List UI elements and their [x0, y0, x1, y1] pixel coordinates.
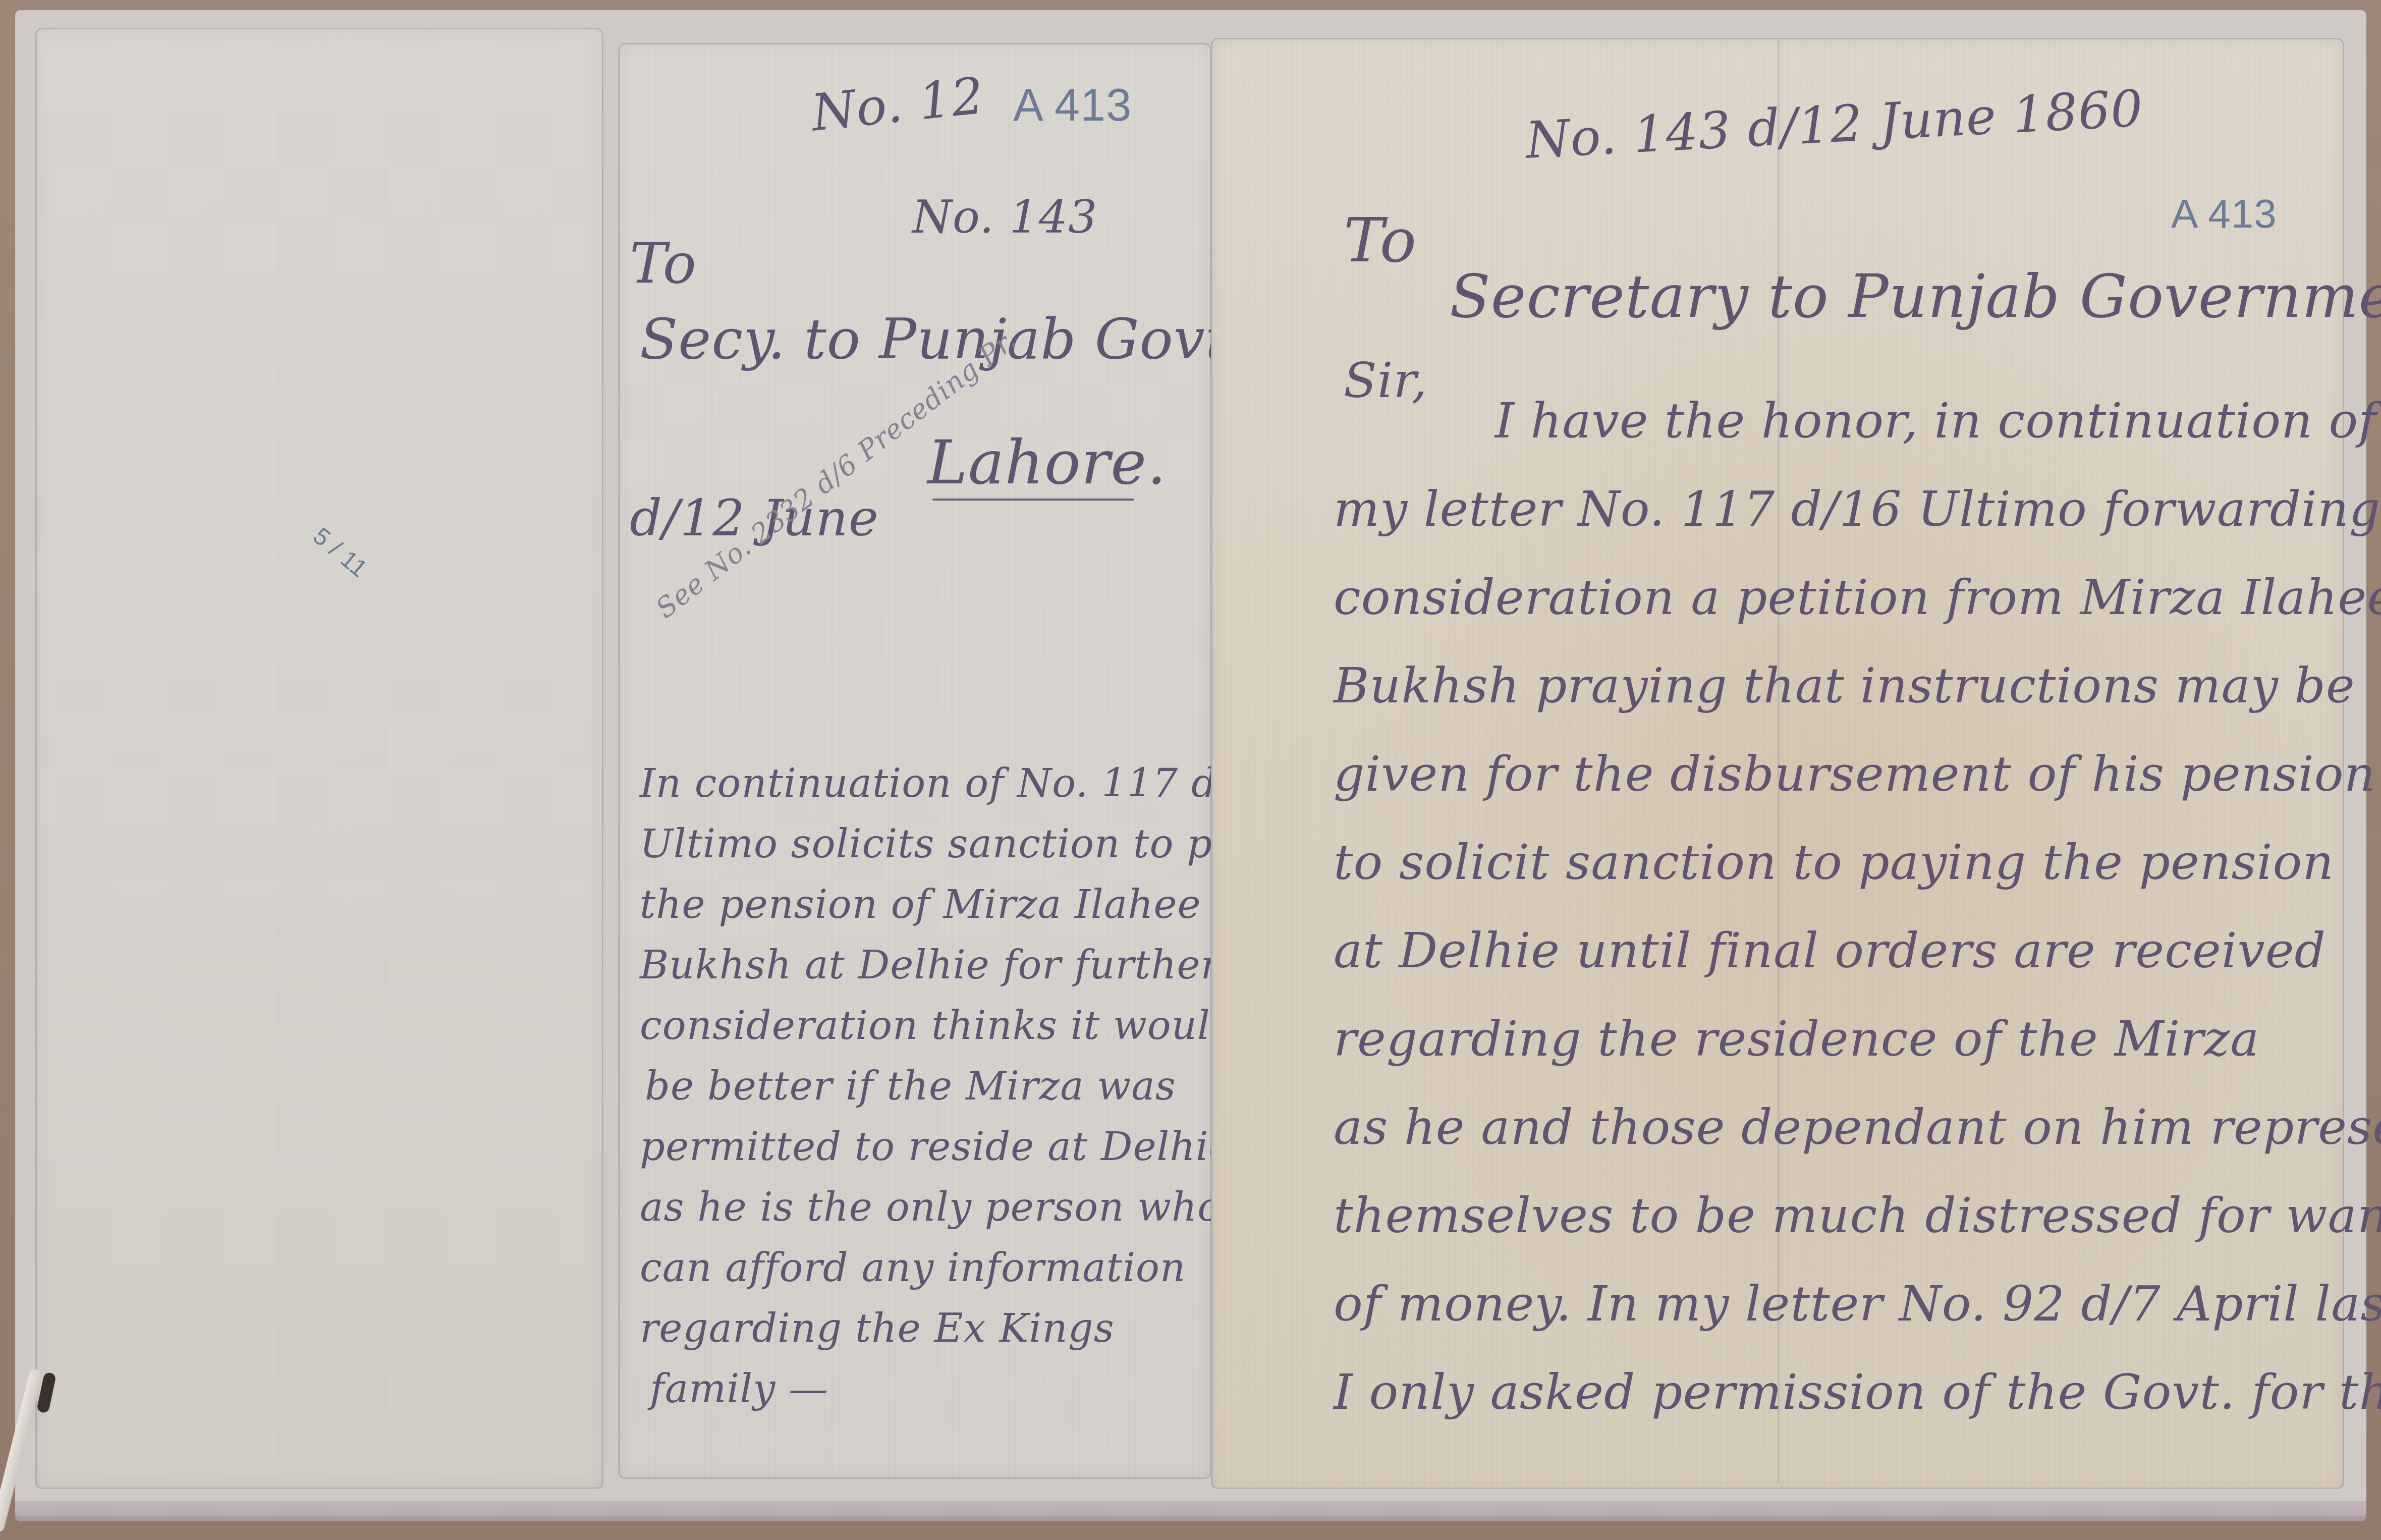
docket-header-number: No. 12: [809, 66, 987, 142]
body-line: I have the honor, in continuation of: [1495, 393, 2377, 449]
summary-line: be better if the Mirza was: [645, 1064, 1176, 1109]
body-line: given for the disbursement of his pensio…: [1334, 746, 2375, 802]
body-line: as he and those dependant on him represe…: [1334, 1099, 2381, 1156]
addressee: Secy. to Punjab Govt.: [640, 307, 1246, 371]
summary-line: consideration thinks it would: [640, 1003, 1236, 1049]
body-line: consideration a petition from Mirza Ilah…: [1334, 569, 2381, 626]
mounting-tissue-edge: [15, 1501, 2366, 1521]
body-line: regarding the residence of the Mirza: [1334, 1011, 2259, 1067]
body-line: Bukhsh praying that instructions may be: [1334, 657, 2355, 714]
body-line: I only asked permission of the Govt. for…: [1334, 1364, 2381, 1420]
summary-line: can afford any information: [640, 1245, 1186, 1291]
letter-archive-reference: A 413: [2171, 191, 2277, 237]
place-flourish: [932, 499, 1134, 501]
body-line: themselves to be much distressed for wan…: [1334, 1187, 2381, 1244]
body-line: my letter No. 117 d/16 Ultimo forwarding…: [1334, 481, 2381, 537]
summary-line: Bukhsh at Delhie for further: [640, 943, 1220, 988]
body-line: to solicit sanction to paying the pensio…: [1334, 834, 2334, 891]
summary-line: permitted to reside at Delhie: [640, 1124, 1233, 1170]
letter-header: No. 143 d/12 June 1860: [1524, 79, 2145, 170]
pencil-marks: 5 / 11: [308, 522, 373, 583]
letter-panel: No. 143 d/12 June 1860 A 413 To Secretar…: [1211, 38, 2344, 1489]
summary-line: family —: [650, 1366, 828, 1412]
summary-line: the pension of Mirza Ilahee: [640, 882, 1201, 927]
place: Lahore.: [927, 428, 1167, 498]
cover-panel: 5 / 11: [35, 28, 603, 1489]
letter-to-label: To: [1344, 206, 1417, 276]
summary-line: Ultimo solicits sanction to pay: [640, 821, 1259, 867]
body-line: of money. In my letter No. 92 d/7 April …: [1334, 1276, 2381, 1332]
summary-line: In continuation of No. 117 d/16: [640, 761, 1282, 806]
summary-line: regarding the Ex Kings: [640, 1306, 1115, 1351]
salutation: Sir,: [1344, 352, 1427, 409]
archive-reference: A 413: [1013, 80, 1132, 132]
letter-number: No. 143: [912, 191, 1097, 244]
summary-line: as he is the only person who: [640, 1185, 1222, 1230]
docket-panel: No. 12 A 413 To No. 143 Secy. to Punjab …: [618, 43, 1211, 1479]
to-label: To: [630, 231, 697, 296]
body-line: at Delhie until final orders are receive…: [1334, 922, 2326, 979]
letter-addressee: Secretary to Punjab Government: [1450, 261, 2381, 331]
